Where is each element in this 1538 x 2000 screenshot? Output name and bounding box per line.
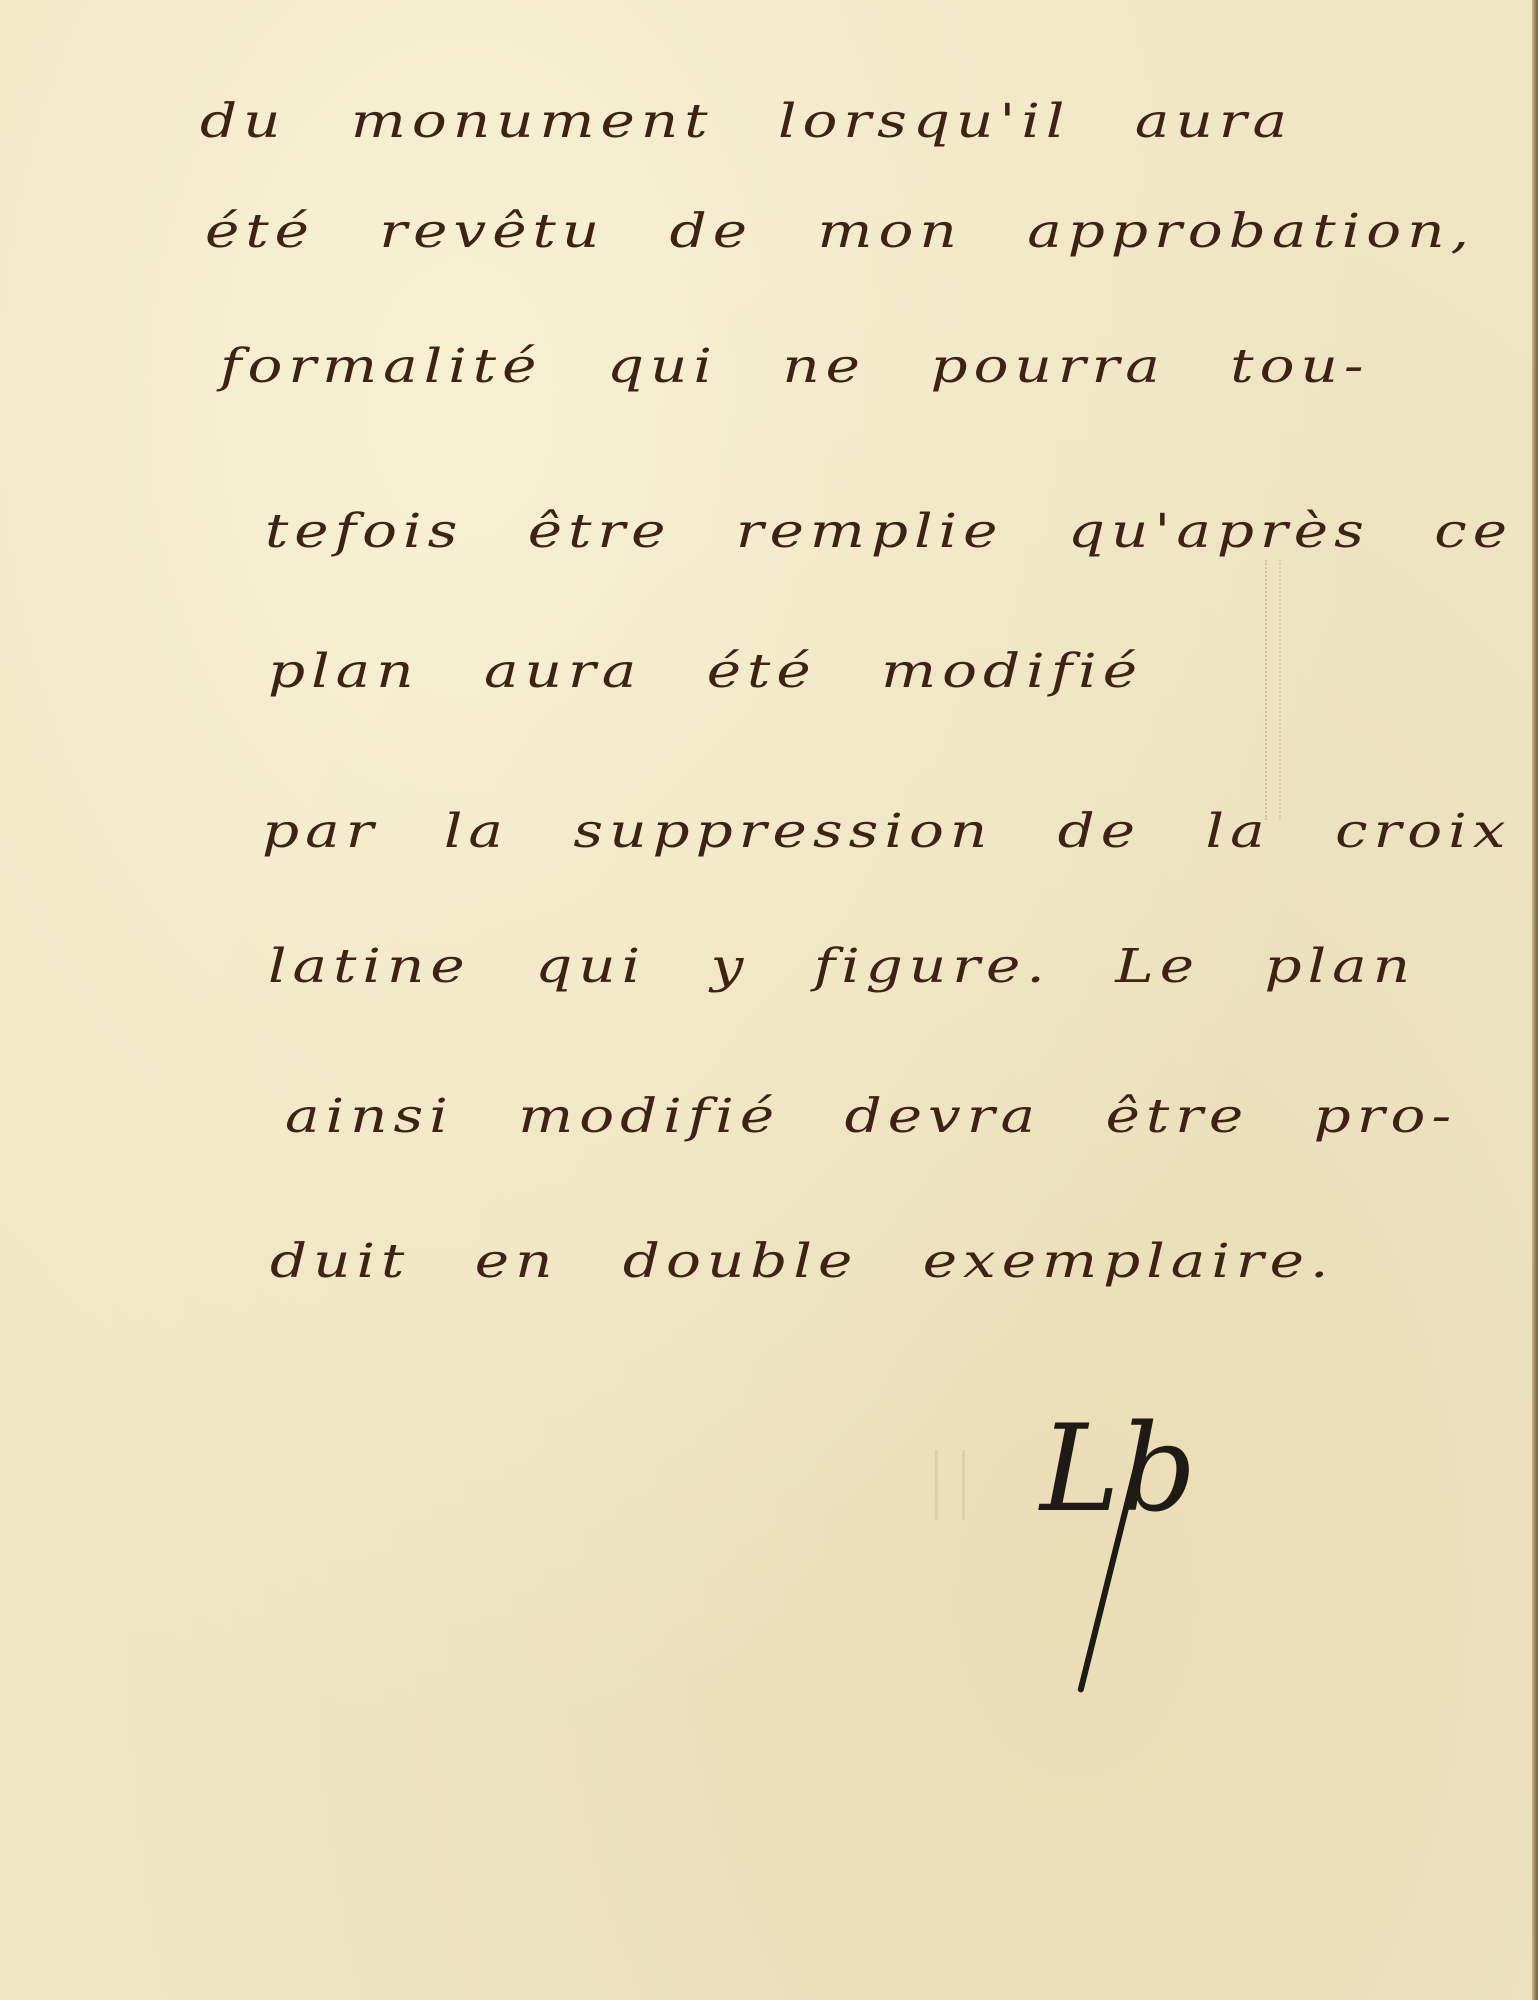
text-line-2: été revêtu de mon approbation,	[205, 204, 1475, 258]
text-line-3: formalité qui ne pourra tou-	[220, 339, 1370, 393]
text-line-8: ainsi modifié devra être pro-	[285, 1089, 1457, 1143]
manuscript-page: du monument lorsqu'il aura été revêtu de…	[0, 0, 1538, 2000]
text-line-9: duit en double exemplaire.	[270, 1234, 1334, 1288]
stamp-bleed-through	[1265, 560, 1281, 820]
text-line-6: par la suppression de la croix	[262, 804, 1512, 858]
paper-edge	[1532, 0, 1538, 2000]
text-line-4: tefois être remplie qu'après ce	[265, 504, 1513, 558]
faint-paper-marks	[935, 1450, 965, 1520]
text-line-1: du monument lorsqu'il aura	[200, 94, 1293, 148]
signature-initials: Lb	[1040, 1400, 1197, 1539]
text-line-7: latine qui y figure. Le plan	[268, 939, 1416, 993]
text-line-5: plan aura été modifié	[268, 644, 1143, 698]
